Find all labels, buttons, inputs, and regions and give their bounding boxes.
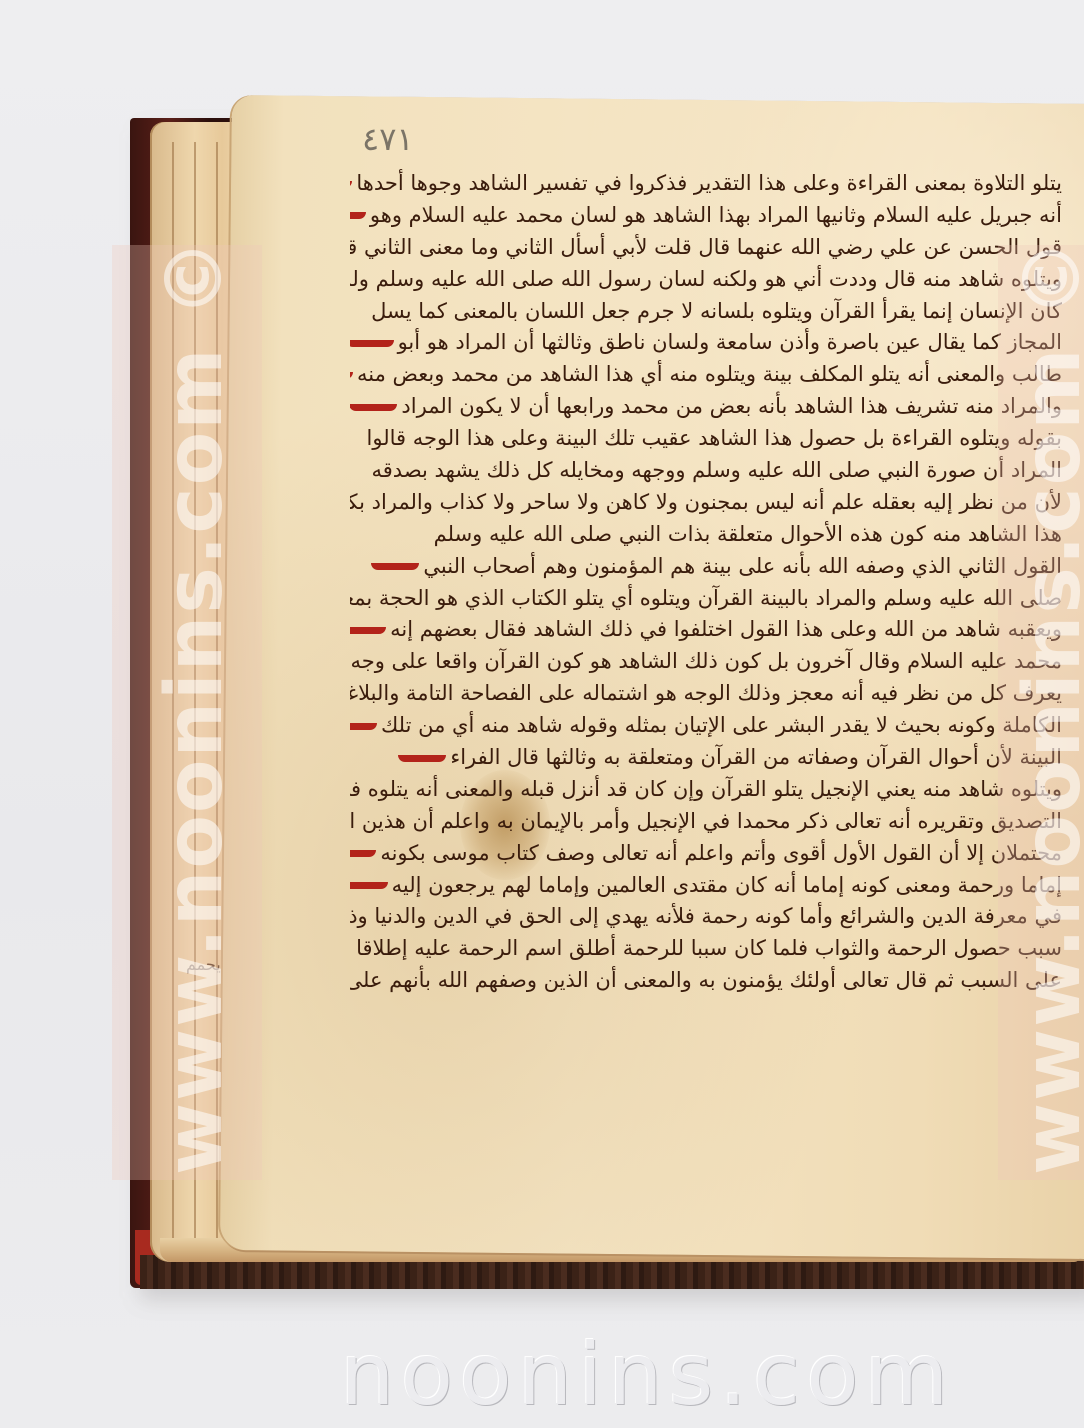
text-line-content: القول الثاني الذي وصفه الله بأنه على بين… bbox=[423, 554, 1062, 578]
text-line-content: المجاز كما يقال عين باصرة وأذن سامعة ولس… bbox=[398, 330, 1062, 354]
rubric-overline bbox=[350, 372, 353, 379]
page-number: ٤٧١ bbox=[362, 120, 414, 158]
text-line-content: ويتلوه شاهد منه يعني الإنجيل يتلو القرآن… bbox=[350, 777, 1062, 801]
text-line: والمراد منه تشريف هذا الشاهد بأنه بعض من… bbox=[350, 391, 1062, 423]
rubric-overline bbox=[350, 882, 388, 889]
text-line: صلى الله عليه وسلم والمراد بالبينة القرآ… bbox=[350, 583, 1062, 615]
watermark-left: www.noonins.com © bbox=[150, 237, 240, 1175]
rubric-overline bbox=[350, 181, 352, 188]
text-line-content: ويعقبه شاهد من الله وعلى هذا القول اختلف… bbox=[390, 617, 1062, 641]
text-line: هذا الشاهد منه كون هذه الأحوال متعلقة بذ… bbox=[350, 519, 1062, 551]
text-line: محتملان إلا أن القول الأول أقوى وأتم واع… bbox=[350, 838, 1062, 870]
text-line-content: طالب والمعنى أنه يتلو المكلف بينة ويتلوه… bbox=[357, 362, 1062, 386]
rubric-overline bbox=[350, 212, 366, 219]
text-line-content: أنه جبريل عليه السلام وثانيها المراد بهذ… bbox=[370, 203, 1062, 227]
text-line-content: الكاملة وكونه بحيث لا يقدر البشر على الإ… bbox=[381, 713, 1062, 737]
text-line-content: المراد أن صورة النبي صلى الله عليه وسلم … bbox=[372, 458, 1063, 482]
text-line: يعرف كل من نظر فيه أنه معجز وذلك الوجه ه… bbox=[350, 678, 1062, 710]
text-line: لأن من نظر إليه بعقله علم أنه ليس بمجنون… bbox=[350, 487, 1062, 519]
text-line: كان الإنسان إنما يقرأ القرآن ويتلوه بلسا… bbox=[350, 296, 1062, 328]
text-line: التصديق وتقريره أنه تعالى ذكر محمدا في ا… bbox=[350, 806, 1062, 838]
rubric-overline bbox=[371, 563, 419, 570]
text-line: المراد أن صورة النبي صلى الله عليه وسلم … bbox=[350, 455, 1062, 487]
text-line-content: والمراد منه تشريف هذا الشاهد بأنه بعض من… bbox=[401, 394, 1062, 418]
text-line-content: محتملان إلا أن القول الأول أقوى وأتم واع… bbox=[380, 841, 1062, 865]
text-line-content: ويتلوه شاهد منه قال وددت أني هو ولكنه لس… bbox=[350, 267, 1062, 291]
rubric-overline bbox=[350, 340, 394, 347]
manuscript-text: يتلو التلاوة بمعنى القراءة وعلى هذا التق… bbox=[350, 168, 1062, 997]
text-line: البينة لأن أحوال القرآن وصفاته من القرآن… bbox=[350, 742, 1062, 774]
text-line: محمد عليه السلام وقال آخرون بل كون ذلك ا… bbox=[350, 646, 1062, 678]
text-line: الكاملة وكونه بحيث لا يقدر البشر على الإ… bbox=[350, 710, 1062, 742]
text-line-content: كان الإنسان إنما يقرأ القرآن ويتلوه بلسا… bbox=[371, 299, 1062, 323]
text-line: المجاز كما يقال عين باصرة وأذن سامعة ولس… bbox=[350, 327, 1062, 359]
text-line-content: لأن من نظر إليه بعقله علم أنه ليس بمجنون… bbox=[350, 490, 1062, 514]
rubric-overline bbox=[350, 850, 376, 857]
text-line: في معرفة الدين والشرائع وأما كونه رحمة ف… bbox=[350, 901, 1062, 933]
text-line: القول الثاني الذي وصفه الله بأنه على بين… bbox=[350, 551, 1062, 583]
rubric-overline bbox=[350, 404, 397, 411]
text-line: بقوله ويتلوه القراءة بل حصول هذا الشاهد … bbox=[350, 423, 1062, 455]
text-line: قول الحسن عن علي رضي الله عنهما قال قلت … bbox=[350, 232, 1062, 264]
text-line-content: إماما ورحمة ومعنى كونه إماما أنه كان مقت… bbox=[392, 873, 1062, 897]
watermark-right: www.noonins.com © bbox=[1008, 237, 1084, 1175]
text-line: ويتلوه شاهد منه يعني الإنجيل يتلو القرآن… bbox=[350, 774, 1062, 806]
rubric-overline bbox=[350, 723, 377, 730]
text-line-content: هذا الشاهد منه كون هذه الأحوال متعلقة بذ… bbox=[434, 522, 1062, 546]
text-line-content: سبب حصول الرحمة والثواب فلما كان سببا لل… bbox=[350, 936, 1062, 960]
text-line-content: يتلو التلاوة بمعنى القراءة وعلى هذا التق… bbox=[356, 171, 1062, 195]
rubric-overline bbox=[398, 755, 446, 762]
watermark-bottom: noonins.com bbox=[340, 1325, 940, 1425]
text-line: إماما ورحمة ومعنى كونه إماما أنه كان مقت… bbox=[350, 870, 1062, 902]
text-line-content: يعرف كل من نظر فيه أنه معجز وذلك الوجه ه… bbox=[350, 681, 1062, 705]
text-line: طالب والمعنى أنه يتلو المكلف بينة ويتلوه… bbox=[350, 359, 1062, 391]
text-line: على السبب ثم قال تعالى أولئك يؤمنون به و… bbox=[350, 965, 1062, 997]
text-line-content: في معرفة الدين والشرائع وأما كونه رحمة ف… bbox=[350, 904, 1062, 928]
text-line-content: صلى الله عليه وسلم والمراد بالبينة القرآ… bbox=[350, 586, 1062, 610]
text-line: أنه جبريل عليه السلام وثانيها المراد بهذ… bbox=[350, 200, 1062, 232]
text-line: سبب حصول الرحمة والثواب فلما كان سببا لل… bbox=[350, 933, 1062, 965]
text-line-content: بقوله ويتلوه القراءة بل حصول هذا الشاهد … bbox=[367, 426, 1062, 450]
text-line-content: محمد عليه السلام وقال آخرون بل كون ذلك ا… bbox=[350, 649, 1062, 673]
text-line-content: على السبب ثم قال تعالى أولئك يؤمنون به و… bbox=[350, 968, 1062, 992]
text-line-content: البينة لأن أحوال القرآن وصفاته من القرآن… bbox=[450, 745, 1062, 769]
text-line-content: التصديق وتقريره أنه تعالى ذكر محمدا في ا… bbox=[350, 809, 1062, 833]
text-line-content: قول الحسن عن علي رضي الله عنهما قال قلت … bbox=[350, 235, 1062, 259]
text-line: ويعقبه شاهد من الله وعلى هذا القول اختلف… bbox=[350, 614, 1062, 646]
text-line: ويتلوه شاهد منه قال وددت أني هو ولكنه لس… bbox=[350, 264, 1062, 296]
text-line: يتلو التلاوة بمعنى القراءة وعلى هذا التق… bbox=[350, 168, 1062, 200]
rubric-overline bbox=[350, 627, 386, 634]
